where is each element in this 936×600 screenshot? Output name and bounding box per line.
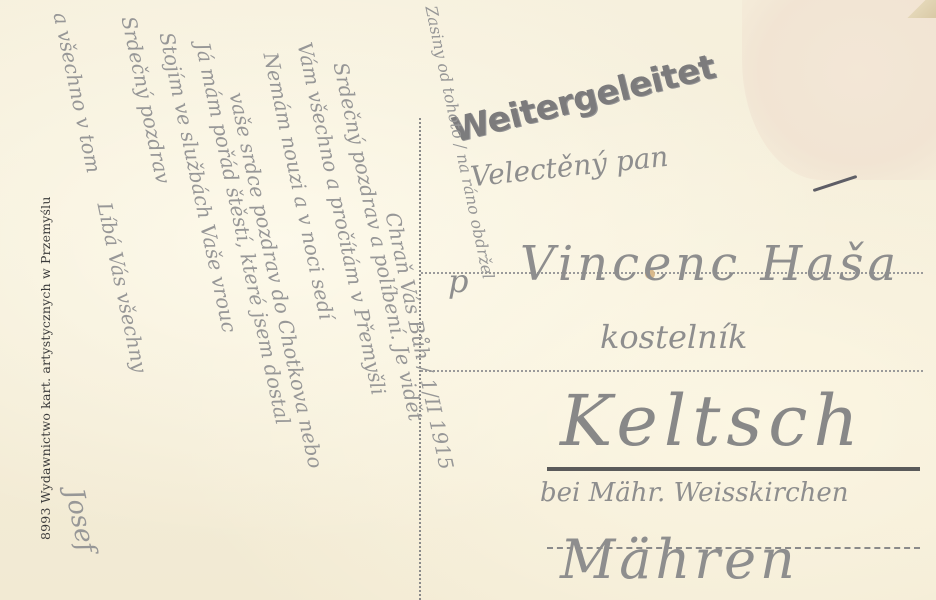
address-town: Keltsch [560,380,865,462]
address-line-2 [421,370,923,372]
forwarding-stamp: Weitergeleitet [448,47,719,151]
address-name-prefix: p [448,262,468,300]
publisher-imprint: 8993 Wydawnictwo kart. artystycznych w P… [38,196,53,540]
message-signature: Josef [59,486,102,555]
paper-stain [742,0,936,180]
message-line: a všechno v tom [49,10,107,175]
postcard: 8993 Wydawnictwo kart. artystycznych w P… [0,0,936,600]
address-region: Mähren [560,528,799,591]
address-line-3 [547,467,920,471]
address-occupation: kostelník [600,318,747,356]
address-district: bei Mähr. Weisskirchen [540,478,849,508]
address-name: Vincenc Haša [520,236,900,292]
message-line: Líbá Vás všechny [93,200,153,375]
corner-tear [906,0,936,18]
address-salutation: Velectěný pan [469,140,670,194]
